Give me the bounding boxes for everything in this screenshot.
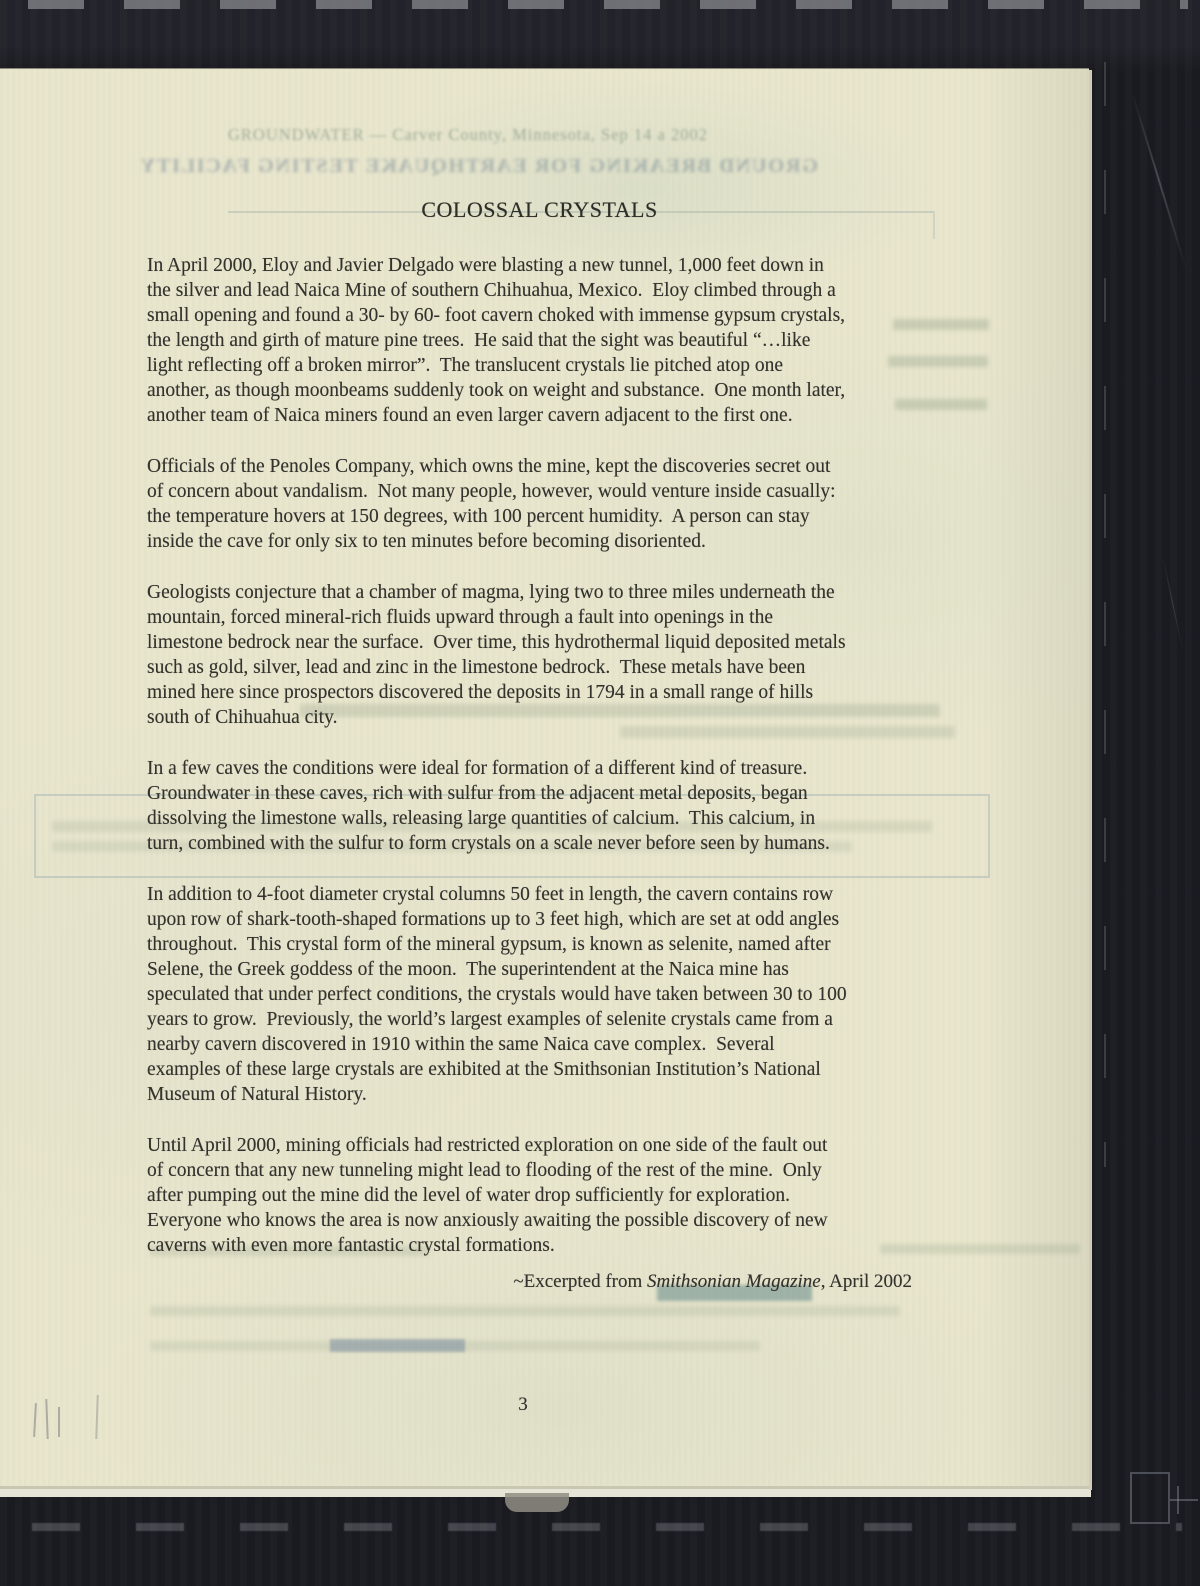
film-edge-dashes-bottom [32,1523,1182,1531]
scan-dashed-line-right [1104,62,1106,1167]
pencil-mark [33,1403,37,1437]
pencil-mark [95,1395,99,1439]
bleedthrough-mirrored-title: GROUND BREAKING FOR EARTHQUAKE TESTING F… [138,155,818,178]
attribution-suffix: , April 2002 [821,1271,912,1292]
bleedthrough-header-text: GROUNDWATER — Carver County, Minnesota, … [228,125,808,145]
attribution-prefix: ~Excerpted from [513,1271,647,1292]
paper-sheet: GROUNDWATER — Carver County, Minnesota, … [0,68,1089,1491]
paragraph-5: In addition to 4-foot diameter crystal c… [147,882,992,1107]
scan-scratch [1131,92,1187,270]
page-number: 3 [503,1394,543,1416]
bleedthrough-text-row [150,1306,900,1316]
scan-artifact-line [1170,1499,1198,1501]
page-title: COLOSSAL CRYSTALS [147,197,910,223]
source-attribution: ~Excerpted from Smithsonian Magazine, Ap… [513,1271,912,1293]
scanned-page-canvas: GROUNDWATER — Carver County, Minnesota, … [0,0,1200,1586]
pencil-mark [58,1407,60,1437]
attribution-source: Smithsonian Magazine [647,1271,821,1292]
paper-edge-highlight [1089,70,1092,1490]
paragraph-1: In April 2000, Eloy and Javier Delgado w… [147,253,992,428]
pencil-mark [45,1399,48,1439]
paragraph-4: In a few caves the conditions were ideal… [147,756,992,856]
scan-artifact-rectangle [1130,1472,1170,1524]
paragraph-6: Until April 2000, mining officials had r… [147,1133,992,1258]
article-body: In April 2000, Eloy and Javier Delgado w… [147,253,992,1284]
paper-tab-blob [505,1493,569,1512]
bleedthrough-smudge [330,1339,465,1352]
paragraph-2: Officials of the Penoles Company, which … [147,454,992,554]
bleedthrough-text-row [150,1341,760,1351]
paragraph-3: Geologists conjecture that a chamber of … [147,580,992,730]
film-edge-dashes-top [28,0,1188,9]
scan-scratch [1162,556,1183,649]
